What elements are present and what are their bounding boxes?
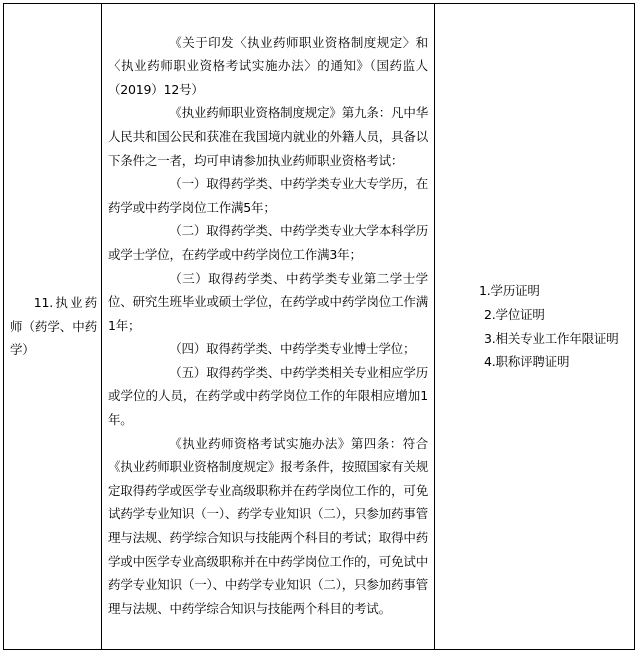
category-label: 11.执业药师（药学、中药学） <box>10 291 97 362</box>
requirements-table: 11.执业药师（药学、中药学） 《关于印发〈执业药师职业资格制度规定〉和〈执业药… <box>3 3 635 650</box>
basis-condition-4: （四）取得药学类、中药学类专业博士学位； <box>108 337 428 361</box>
basis-cell: 《关于印发〈执业药师职业资格制度规定〉和〈执业药师职业资格考试实施办法〉的通知》… <box>102 4 435 650</box>
materials-cell: 1.学历证明 2.学位证明 3.相关专业工作年限证明 4.职称评聘证明 <box>435 4 635 650</box>
basis-condition-1: （一）取得药学类、中药学类专业大专学历，在药学或中药学岗位工作满5年； <box>108 172 428 219</box>
basis-condition-2: （二）取得药学类、中药学类专业大学本科学历或学士学位，在药学或中药学岗位工作满3… <box>108 219 428 266</box>
material-item-diploma: 1.学历证明 <box>439 279 630 303</box>
basis-paragraph-notice: 《关于印发〈执业药师职业资格制度规定〉和〈执业药师职业资格考试实施办法〉的通知》… <box>108 31 428 102</box>
category-cell: 11.执业药师（药学、中药学） <box>4 4 102 650</box>
basis-condition-3: （三）取得药学类、中药学类专业第二学士学位、研究生班毕业或硕士学位，在药学或中药… <box>108 267 428 338</box>
table-row: 11.执业药师（药学、中药学） 《关于印发〈执业药师职业资格制度规定〉和〈执业药… <box>4 4 635 650</box>
basis-condition-5: （五）取得药学类、中药学类相关专业相应学历或学位的人员，在药学或中药学岗位工作的… <box>108 361 428 432</box>
material-item-work-years: 3.相关专业工作年限证明 <box>439 327 630 351</box>
material-item-title-certificate: 4.职称评聘证明 <box>439 350 630 374</box>
material-item-degree: 2.学位证明 <box>439 303 630 327</box>
basis-paragraph-article-4: 《执业药师资格考试实施办法》第四条：符合《执业药师职业资格制度规定》报考条件，按… <box>108 432 428 621</box>
basis-paragraph-article-9: 《执业药师职业资格制度规定》第九条：凡中华人民共和国公民和获准在我国境内就业的外… <box>108 101 428 172</box>
